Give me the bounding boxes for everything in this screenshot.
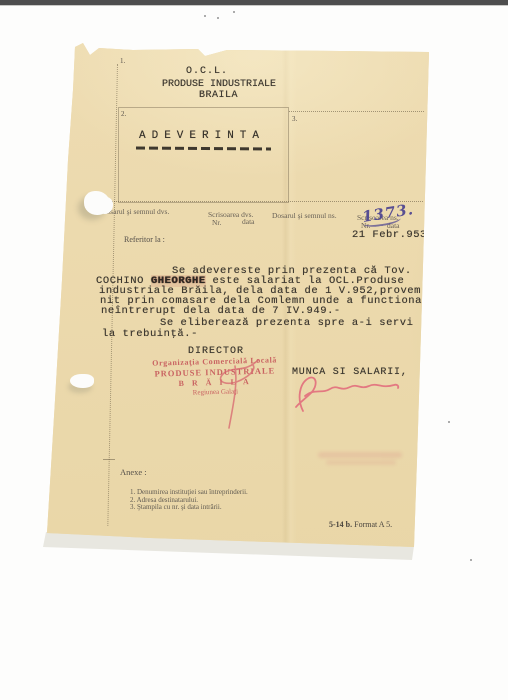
body-line-7: la trebuinţă.- xyxy=(102,329,198,339)
body-line-6: Se eliberează prezenta spre a-i servi xyxy=(160,318,414,328)
scanned-document-page: 1. 2. 3. O.C.L. PRODUSE INDUSTRIALE BRAI… xyxy=(0,0,508,700)
form-code-number: 5-14 b. xyxy=(329,520,352,529)
letterhead-org: O.C.L. xyxy=(186,66,228,77)
dust-speck xyxy=(233,11,235,13)
field-label-1: 1. xyxy=(120,57,125,65)
referitor-label: Referitor la : xyxy=(124,235,165,244)
field-label-3: 3. xyxy=(292,115,297,123)
dust-speck xyxy=(204,15,206,17)
dotted-rule-top xyxy=(289,111,424,112)
scanner-edge-bar xyxy=(0,0,508,6)
dust-speck xyxy=(470,559,472,561)
red-ink-stamp: Organizaţia Comercială Locală PRODUSE IN… xyxy=(139,354,290,399)
anexe-label: Anexe : xyxy=(120,467,147,477)
body-line-5: neîntrerupt dela data de 7 IV.949.- xyxy=(101,306,341,316)
form-code-format: Format A 5. xyxy=(354,520,392,529)
signature-strokes xyxy=(0,0,508,700)
document-paper: 1. 2. 3. O.C.L. PRODUSE INDUSTRIALE BRAI… xyxy=(0,0,508,700)
dust-speck xyxy=(217,17,219,19)
margin-tick xyxy=(103,459,115,460)
field-label-2: 2. xyxy=(121,110,126,118)
header-dosar-ns: Dosarul şi semnul ns. xyxy=(272,211,337,220)
title-box xyxy=(118,107,289,203)
dust-speck xyxy=(448,421,450,423)
letterhead-org-line2: PRODUSE INDUSTRIALE xyxy=(162,79,276,90)
letterhead-city: BRAILA xyxy=(199,90,238,101)
document-title: ADEVERINTA xyxy=(139,130,265,142)
typed-date: 21 Febr.953 xyxy=(352,229,427,241)
signature-loop xyxy=(296,377,316,411)
munca-si-salarii-title: MUNCA SI SALARII, xyxy=(292,367,408,378)
signature-wave xyxy=(305,385,398,396)
anexe-item-3: 3. Ştampila cu nr. şi data intrării. xyxy=(130,503,222,511)
ink-bleedthrough-smudge xyxy=(318,452,402,458)
header-scrisoare-dvs-data: data xyxy=(242,217,255,226)
torn-hole-bottom xyxy=(70,374,94,388)
ink-bleedthrough-smudge xyxy=(326,460,396,465)
dotted-rule-middle xyxy=(110,201,423,202)
header-scrisoare-dvs-nr: Nr. xyxy=(212,218,221,227)
form-code: 5-14 b. Format A 5. xyxy=(329,520,392,529)
